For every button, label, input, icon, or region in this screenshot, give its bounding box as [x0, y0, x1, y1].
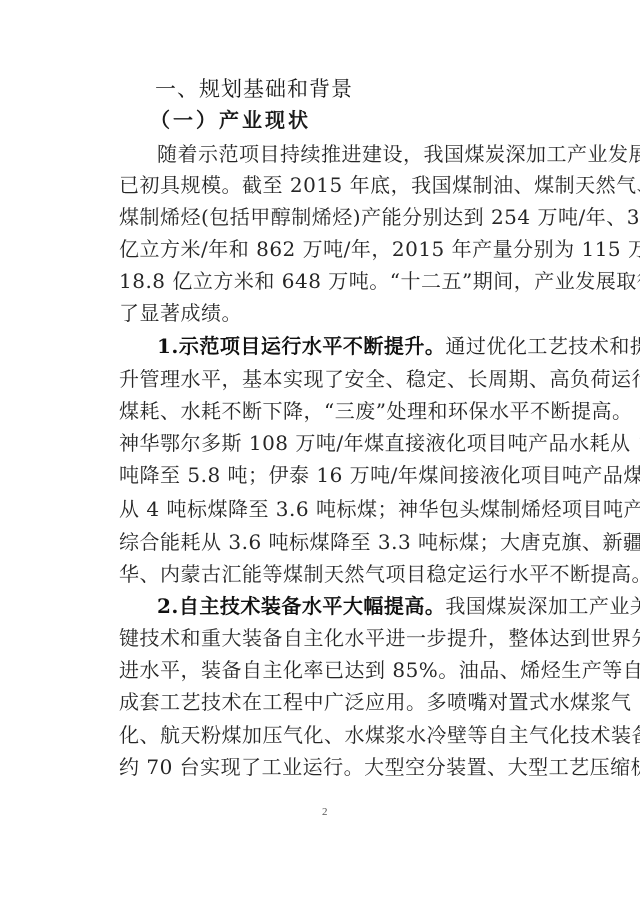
paragraph-2-line-2: 升管理水平，基本实现了安全、稳定、长周期、高负荷运行，	[119, 363, 549, 395]
section-heading: 一、规划基础和背景	[155, 74, 353, 104]
paragraph-3-bold-lead: 2.自主技术装备水平大幅提高。	[157, 594, 445, 618]
document-page: 一、规划基础和背景 （一）产业现状 随着示范项目持续推进建设，我国煤炭深加工产业…	[0, 0, 640, 906]
paragraph-1-line-3: 煤制烯烃(包括甲醇制烯烃)产能分别达到 254 万吨/年、31	[119, 201, 549, 233]
paragraph-2-first-line-rest: 通过优化工艺技术和提	[445, 334, 640, 358]
subsection-heading: （一）产业现状	[150, 105, 311, 135]
paragraph-2-line-4: 神华鄂尔多斯 108 万吨/年煤直接液化项目吨产品水耗从 10	[119, 427, 549, 459]
paragraph-3-line-5: 化、航天粉煤加压气化、水煤浆水冷壁等自主气化技术装备	[119, 719, 549, 751]
paragraph-3-first-line-rest: 我国煤炭深加工产业关	[445, 594, 640, 618]
paragraph-2-line-5: 吨降至 5.8 吨；伊泰 16 万吨/年煤间接液化项目吨产品煤耗	[119, 459, 549, 491]
paragraph-3-line-4: 成套工艺技术在工程中广泛应用。多喷嘴对置式水煤浆气	[119, 686, 549, 718]
paragraph-2-line-7: 综合能耗从 3.6 吨标煤降至 3.3 吨标煤；大唐克旗、新疆庆	[119, 526, 549, 558]
paragraph-3-line-2: 键技术和重大装备自主化水平进一步提升，整体达到世界先	[119, 622, 549, 654]
paragraph-2-bold-lead: 1.示范项目运行水平不断提升。	[157, 334, 445, 358]
paragraph-3-line-1: 2.自主技术装备水平大幅提高。我国煤炭深加工产业关	[157, 590, 549, 622]
paragraph-1-line-5: 18.8 亿立方米和 648 万吨。“十二五”期间，产业发展取得	[119, 265, 549, 297]
paragraph-1-line-1: 随着示范项目持续推进建设，我国煤炭深加工产业发展	[157, 138, 549, 170]
page-number: 2	[322, 806, 328, 818]
paragraph-2-line-1: 1.示范项目运行水平不断提升。通过优化工艺技术和提	[157, 330, 549, 362]
paragraph-3-line-3: 进水平，装备自主化率已达到 85%。油品、烯烃生产等自主	[119, 654, 549, 686]
paragraph-2-line-8: 华、内蒙古汇能等煤制天然气项目稳定运行水平不断提高。	[119, 558, 549, 590]
paragraph-1-line-4: 亿立方米/年和 862 万吨/年，2015 年产量分别为 115 万吨、	[119, 233, 549, 265]
paragraph-1-line-2: 已初具规模。截至 2015 年底，我国煤制油、煤制天然气、	[119, 169, 549, 201]
paragraph-1-line-6: 了显著成绩。	[119, 297, 549, 329]
paragraph-2-line-6: 从 4 吨标煤降至 3.6 吨标煤；神华包头煤制烯烃项目吨产品	[119, 493, 549, 525]
paragraph-2-line-3: 煤耗、水耗不断下降，“三废”处理和环保水平不断提高。	[119, 395, 549, 427]
paragraph-3-line-6: 约 70 台实现了工业运行。大型空分装置、大型工艺压缩机	[119, 751, 549, 783]
